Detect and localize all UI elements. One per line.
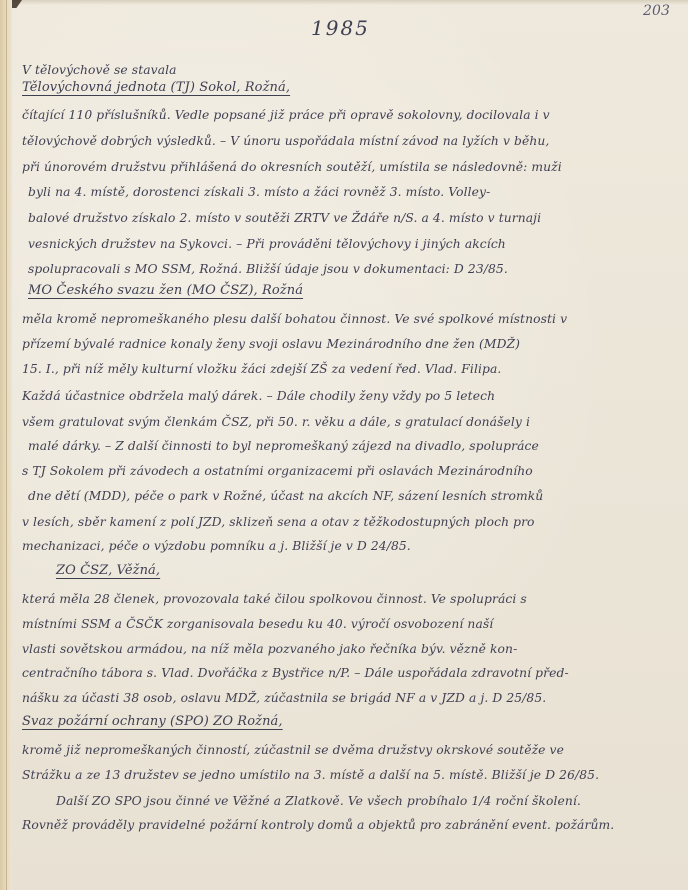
text-line: dne dětí (MDD), péče o park v Rožné, úča… <box>28 489 543 503</box>
year-heading: 1985 <box>311 16 370 40</box>
text-line: balové družstvo získalo 2. místo v soutě… <box>28 211 541 225</box>
text-line: centračního tábora s. Vlad. Dvořáčka z B… <box>22 666 569 680</box>
text-line: Rovněž prováděly pravidelné požární kont… <box>22 818 614 832</box>
text-line: malé dárky. – Z další činnosti to byl ne… <box>28 439 539 453</box>
text-line: přízemí bývalé radnice konaly ženy svoji… <box>22 337 520 351</box>
text-line: 15. I., při níž měly kulturní vložku žác… <box>22 362 501 376</box>
text-line: kromě již nepromeškaných činností, zúčas… <box>22 743 564 757</box>
text-line: tělovýchově dobrých výsledků. – V únoru … <box>22 134 549 148</box>
binding-margin-line <box>6 0 7 890</box>
text-line: vesnických družstev na Sykovci. – Při pr… <box>28 237 506 251</box>
intro-line: V tělovýchově se stavala <box>22 63 177 77</box>
text-line: měla kromě nepromeškaného plesu další bo… <box>22 312 567 326</box>
section-heading-mo-csz: MO Českého svazu žen (MO ČSZ), Rožná <box>28 283 303 298</box>
text-line: mechanizaci, péče o výzdobu pomníku a j.… <box>22 539 411 553</box>
text-line: místními SSM a ČSČK zorganisovala besedu… <box>22 617 493 631</box>
text-line: nášku za účasti 38 osob, oslavu MDŽ, zúč… <box>22 691 546 705</box>
text-line: všem gratulovat svým členkám ČSZ, při 50… <box>22 415 530 429</box>
text-line: která měla 28 členek, provozovala také č… <box>22 592 527 606</box>
text-line: Strážku a ze 13 družstev se jedno umísti… <box>22 768 599 782</box>
text-line: v lesích, sběr kamení z polí JZD, sklize… <box>22 515 535 529</box>
page-top-edge <box>0 0 688 5</box>
text-line: při únorovém družstvu přihlášená do okre… <box>22 160 562 174</box>
text-line: vlasti sovětskou armádou, na níž měla po… <box>22 642 517 656</box>
section-heading-spo: Svaz požární ochrany (SPO) ZO Rožná, <box>22 714 283 729</box>
text-line: byli na 4. místě, dorostenci získali 3. … <box>28 185 490 199</box>
section-heading-zo-csz-vezna: ZO ČSZ, Věžná, <box>56 563 160 578</box>
text-line: Další ZO SPO jsou činné ve Věžné a Zlatk… <box>56 794 581 808</box>
text-line: Každá účastnice obdržela malý dárek. – D… <box>22 389 495 403</box>
section-heading-tj-sokol: Tělovýchovná jednota (TJ) Sokol, Rožná, <box>22 80 290 95</box>
text-line: čítající 110 příslušníků. Vedle popsané … <box>22 108 550 122</box>
text-line: s TJ Sokolem při závodech a ostatními or… <box>22 464 533 478</box>
page-number: 203 <box>643 3 670 19</box>
manuscript-page: 203 1985 V tělovýchově se stavala Tělový… <box>0 0 688 890</box>
text-line: spolupracovali s MO SSM, Rožná. Bližší ú… <box>28 262 508 276</box>
